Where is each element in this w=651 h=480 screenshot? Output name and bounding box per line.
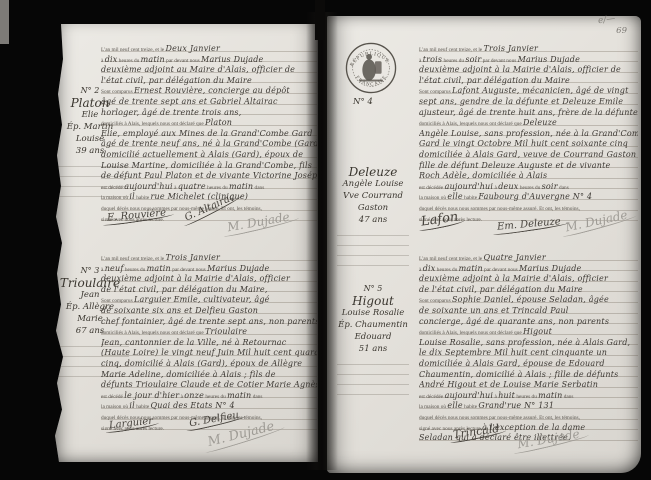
signature: M. Dujade <box>226 210 290 235</box>
blank-rule <box>337 226 409 236</box>
record-line: de soixante six ans et Delfieu Gaston <box>101 303 317 314</box>
record-line: L'an mil neuf cent treize, et le Trois J… <box>101 250 317 261</box>
margin-name-line: Deleuze <box>331 166 415 178</box>
record-line: Sont comparus Ernest Rouvière, concierge… <box>101 83 317 94</box>
record-line: deuxième adjoint à la Mairie d'Alais, of… <box>101 271 317 282</box>
record-line: concierge, âgé de quarante ans, non pare… <box>419 314 638 325</box>
record-line: domicilié actuellement à Alais (Gard), é… <box>101 147 317 158</box>
pen-flourish: e/— <box>597 14 616 26</box>
margin-name-line: Higout <box>331 295 415 307</box>
margin-name-line: Louise Rosalie <box>331 307 415 319</box>
record-line: de soixante un ans et Trincald Paul <box>419 303 638 314</box>
record-line: la maison où elle habite Faubourg d'Auve… <box>419 189 638 200</box>
blank-rule <box>337 375 409 385</box>
act-margin-note: DeleuzeAngèle LouiseVve Courrand Gaston4… <box>331 166 415 266</box>
signature-block: LafonEm. DeleuzeM. Dujade <box>419 206 637 248</box>
record-line: âgé de trente neuf ans, né à la Grand'Co… <box>101 136 317 147</box>
record-line: deuxième adjoint à la Mairie d'Alais, of… <box>419 62 638 73</box>
signature: Lafon <box>420 209 459 229</box>
record-line: est décédée aujourd'hui à huit heures du… <box>419 388 638 399</box>
margin-name-line: 51 ans <box>331 343 415 355</box>
signature-block: TrincaldM. Dujade <box>419 423 637 465</box>
blank-rule <box>337 256 409 266</box>
right-page: e/— 69 RÉPUBLIQUE FRANÇAISE N° 4 Deleuze… <box>327 16 641 473</box>
record-line: deuxième adjoint au Maire d'Alais, offic… <box>101 62 317 73</box>
record-line: domiciliés à Alais, lesquels nous ont dé… <box>101 324 317 335</box>
record-line: domiciliée à Alais Gard, veuve de Courra… <box>419 147 638 158</box>
paper-scrap-edge <box>0 0 9 44</box>
record-line: le dix Septembre Mil huit cent cinquante… <box>419 345 638 356</box>
record-line: à neuf heures du matin par devant nous M… <box>101 261 317 272</box>
record-line: est décédé aujourd'hui à quatre heures d… <box>101 179 317 190</box>
margin-name-line: 47 ans <box>331 214 415 226</box>
record-line: à trois heures du soir par devant nous M… <box>419 52 638 63</box>
record-line: L'an mil neuf cent treize, et le Deux Ja… <box>101 41 317 52</box>
record-line: fille de défunt Deleuze Auguste et de vi… <box>419 158 638 169</box>
record-line: à dix heures du matin par devant nous Ma… <box>101 52 317 63</box>
blank-rule <box>337 355 409 365</box>
record-line: domiciliés à Alais, lesquels nous ont dé… <box>419 324 638 335</box>
record-line: l'état civil, par délégation du Maire <box>419 73 638 84</box>
record-line: Marie Adeline, domiciliée à Alais ; fils… <box>101 367 317 378</box>
record-line: L'an mil neuf cent treize, et le Trois J… <box>419 41 638 52</box>
record-line: Elie, employé aux Mines de la Grand'Comb… <box>101 126 317 137</box>
record-line: Jean, cantonnier de la Ville, né à Retou… <box>101 335 317 346</box>
bookmark-ribbon <box>315 0 325 40</box>
margin-name-line: Vve Courrand Gaston <box>331 190 415 214</box>
record-line: de défunt Paul Platon et de vivante Vict… <box>101 168 317 179</box>
act-record: L'an mil neuf cent treize, et le Trois J… <box>419 41 638 221</box>
record-line: domiciliés à Alais, lesquels nous ont dé… <box>419 115 638 126</box>
signature: E. Rouvière <box>107 207 167 223</box>
record-line: L'an mil neuf cent treize, et le Quatre … <box>419 250 638 261</box>
record-line: Sont comparus Lafont Auguste, mécanicien… <box>419 83 638 94</box>
margin-name-line: Angèle Louise <box>331 178 415 190</box>
left-page: N° 2PlatonElieÉp. Martin Louise39 ans L'… <box>55 24 318 462</box>
signature: Larguier <box>109 416 154 432</box>
act-record: L'an mil neuf cent treize, et le Quatre … <box>419 250 638 441</box>
record-line: Chaumentin, domicilié à Alais ; fille de… <box>419 367 638 378</box>
signature-block: LarguierG. DelfieuM. Dujade <box>101 416 317 458</box>
record-line: domiciliés à Alais, lesquels nous ont dé… <box>101 115 317 126</box>
record-line: défunts Trioulaire Claude et de Cotier M… <box>101 377 317 388</box>
record-line: de l'état civil, par délégation du Maire <box>419 282 638 293</box>
record-line: Sont comparus Sophie Daniel, épouse Sela… <box>419 292 638 303</box>
record-line: est décédée aujourd'hui à deux heures du… <box>419 179 638 190</box>
record-line: cinq, domicilié à Alais (Gard), époux de… <box>101 356 317 367</box>
republique-francaise-seal: RÉPUBLIQUE FRANÇAISE <box>345 42 397 94</box>
record-line: à dix heures du matin par devant nous Ma… <box>419 261 638 272</box>
record-line: la maison où elle habite Grand'rue N° 13… <box>419 398 638 409</box>
book-spread: N° 2PlatonElieÉp. Martin Louise39 ans L'… <box>0 0 651 480</box>
record-line: ajusteur, âgé de trente huit ans, frère … <box>419 105 638 116</box>
record-line: Sont comparus Larguier Emile, cultivateu… <box>101 292 317 303</box>
record-line: Louise Martine, domiciliée à la Grand'Co… <box>101 158 317 169</box>
act-number-by-seal: N° 4 <box>353 97 373 107</box>
record-line: est décédé le jour d'hier à onze heures … <box>101 388 317 399</box>
record-line: duquel décès nous nous sommes par nous-m… <box>419 409 638 420</box>
signature: Trincald <box>452 422 500 441</box>
record-line: (Haute Loire) le vingt neuf Juin Mil hui… <box>101 345 317 356</box>
signature-block: E. RouvièreG. AltairacM. Dujade <box>101 206 317 248</box>
record-line: la maison où il habite Quai des Etats N°… <box>101 398 317 409</box>
signature: M. Dujade <box>516 427 580 452</box>
record-line: Louise Rosalie, sans profession, née à A… <box>419 335 638 346</box>
record-line: horloger, âgé de trente trois ans, <box>101 105 317 116</box>
record-line: la maison où il habite rue Michelet (cli… <box>101 189 317 200</box>
act-margin-note: N° 5HigoutLouise RosalieÉp. Chaumentin E… <box>331 284 415 395</box>
act-number: N° 5 <box>331 284 415 293</box>
record-line: de l'état civil, par délégation du Maire… <box>101 282 317 293</box>
record-line: domiciliée à Alais Gard, épouse de Edoua… <box>419 356 638 367</box>
record-line: chef fontainier, âgé de trente sept ans,… <box>101 314 317 325</box>
signature: Em. Deleuze <box>497 216 562 233</box>
record-line: l'état civil, par délégation du Maire <box>101 73 317 84</box>
blank-rule <box>337 246 409 256</box>
signature: M. Dujade <box>564 208 628 235</box>
record-line: Angèle Louise, sans profession, née à la… <box>419 126 638 137</box>
margin-name-line: Ép. Chaumentin Edouard <box>331 319 415 343</box>
record-line: André Higout et de Louise Marie Serbatin <box>419 377 638 388</box>
act-record: L'an mil neuf cent treize, et le Trois J… <box>101 250 317 430</box>
record-line: sept ans, gendre de la défunte et Deleuz… <box>419 94 638 105</box>
record-line: deuxième adjoint à la Mairie d'Alais, of… <box>419 271 638 282</box>
blank-rule <box>337 385 409 395</box>
record-line: âgé de trente sept ans et Gabriel Altair… <box>101 94 317 105</box>
act-record: L'an mil neuf cent treize, et le Deux Ja… <box>101 41 317 221</box>
book-gutter-shadow <box>306 12 338 470</box>
blank-rule <box>337 365 409 375</box>
folio-number: 69 <box>616 26 627 36</box>
record-line: Roch Adèle, domiciliée à Alais <box>419 168 638 179</box>
blank-rule <box>337 236 409 246</box>
record-line: Gard le vingt Octobre Mil huit cent soix… <box>419 136 638 147</box>
